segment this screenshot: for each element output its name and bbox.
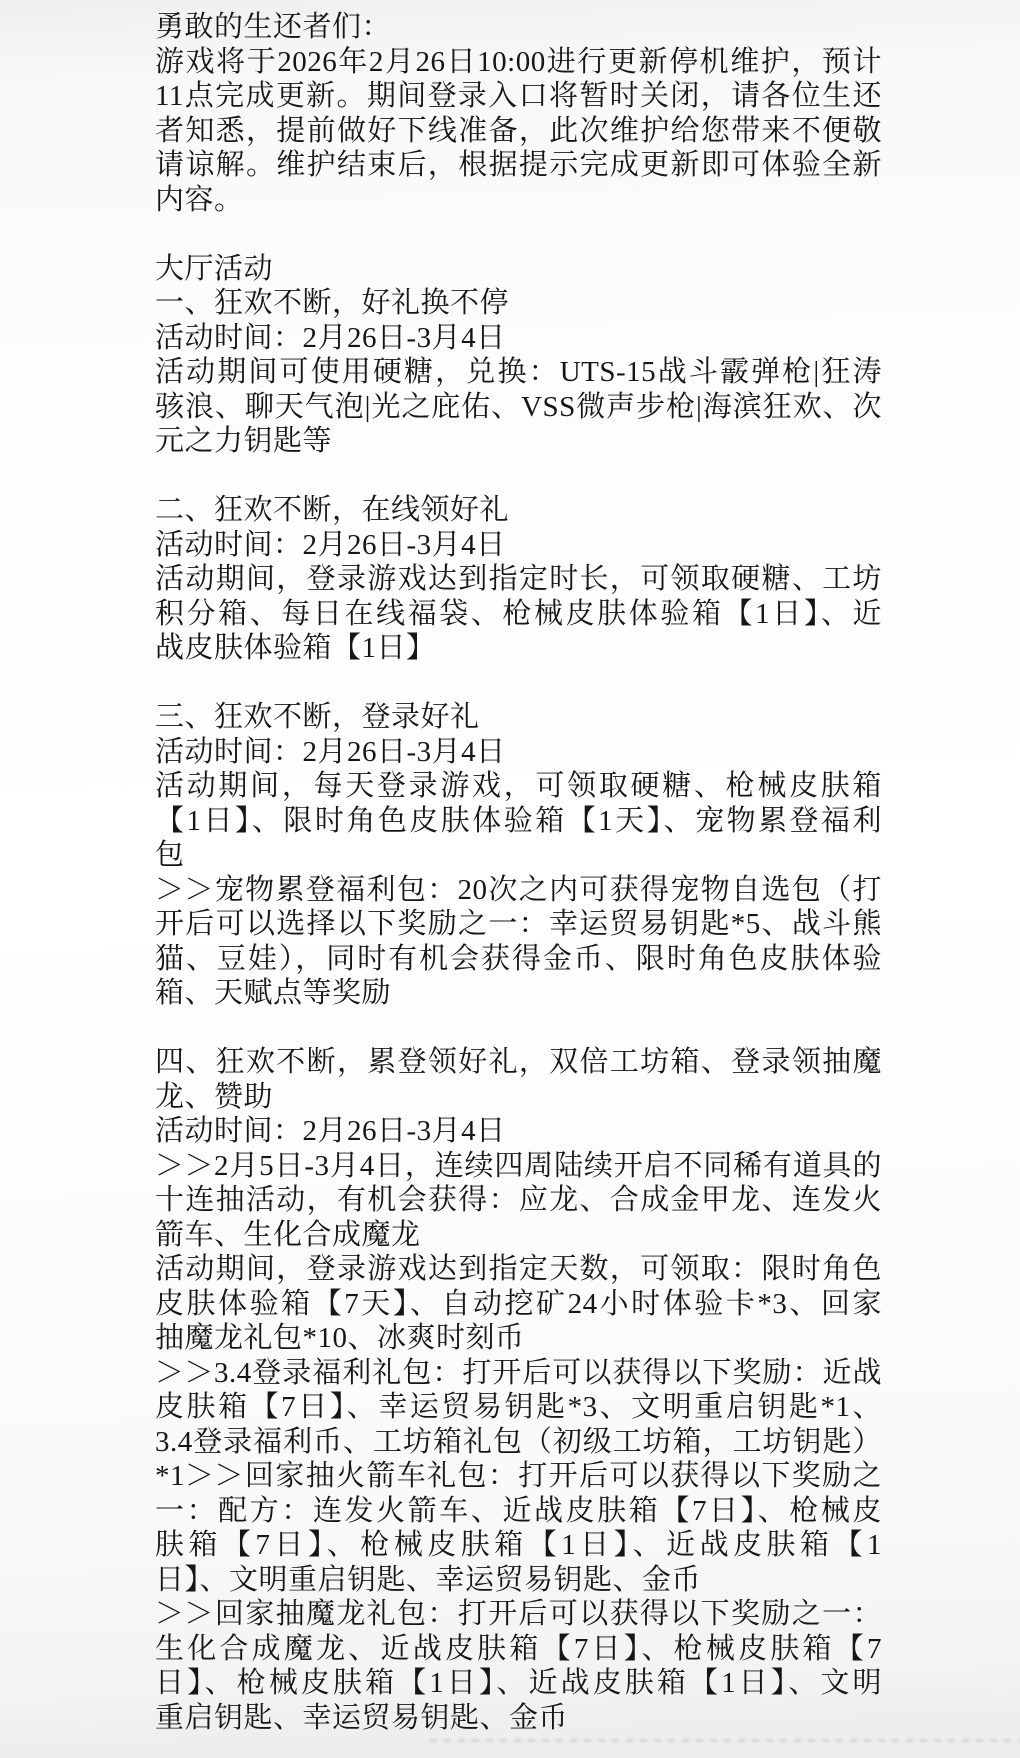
- text-line: 开后可以选择以下奖励之一：幸运贸易钥匙*5、战斗熊: [155, 907, 882, 942]
- bottom-edge-artifact: [430, 1739, 1020, 1742]
- text-line: 者知悉，提前做好下线准备，此次维护给您带来不便敬: [155, 114, 882, 149]
- text-line: 包: [155, 838, 882, 873]
- text-line: 三、狂欢不断，登录好礼: [155, 700, 882, 735]
- text-line: 生化合成魔龙、近战皮肤箱【7日】、枪械皮肤箱【7: [155, 1632, 882, 1667]
- text-line: 日】、文明重启钥匙、幸运贸易钥匙、金币: [155, 1563, 882, 1598]
- text-line: *1＞＞回家抽火箭车礼包：打开后可以获得以下奖励之: [155, 1459, 882, 1494]
- text-line: 勇敢的生还者们：: [155, 10, 882, 45]
- text-line: 骇浪、聊天气泡|光之庇佑、VSS微声步枪|海滨狂欢、次: [155, 390, 882, 425]
- text-line: ＞＞2月5日-3月4日，连续四周陆续开启不同稀有道具的: [155, 1149, 882, 1184]
- text-line: ＞＞回家抽魔龙礼包：打开后可以获得以下奖励之一：: [155, 1597, 882, 1632]
- text-line: 重启钥匙、幸运贸易钥匙、金币: [155, 1701, 882, 1736]
- maintenance-notice: 勇敢的生还者们：游戏将于2026年2月26日10:00进行更新停机维护，预计11…: [155, 10, 882, 217]
- text-line: 箭车、生化合成魔龙: [155, 1218, 882, 1253]
- activity-2-online-rewards: 二、狂欢不断，在线领好礼活动时间：2月26日-3月4日活动期间，登录游戏达到指定…: [155, 493, 882, 666]
- text-line: 活动期间可使用硬糖，兑换：UTS-15战斗霰弹枪|狂涛: [155, 355, 882, 390]
- text-line: 一、狂欢不断，好礼换不停: [155, 286, 882, 321]
- text-line: ＞＞3.4登录福利礼包：打开后可以获得以下奖励：近战: [155, 1356, 882, 1391]
- text-line: 积分箱、每日在线福袋、枪械皮肤体验箱【1日】、近: [155, 597, 882, 632]
- text-line: 一：配方：连发火箭车、近战皮肤箱【7日】、枪械皮: [155, 1494, 882, 1529]
- text-line: 活动时间：2月26日-3月4日: [155, 735, 882, 770]
- text-line: 请谅解。维护结束后，根据提示完成更新即可体验全新: [155, 148, 882, 183]
- text-line: 活动期间，登录游戏达到指定时长，可领取硬糖、工坊: [155, 562, 882, 597]
- text-line: 四、狂欢不断，累登领好礼，双倍工坊箱、登录领抽魔: [155, 1045, 882, 1080]
- text-line: 肤箱【7日】、枪械皮肤箱【1日】、近战皮肤箱【1: [155, 1528, 882, 1563]
- text-line: 活动时间：2月26日-3月4日: [155, 1114, 882, 1149]
- text-line: 内容。: [155, 183, 882, 218]
- text-line: 3.4登录福利币、工坊箱礼包（初级工坊箱，工坊钥匙）: [155, 1425, 882, 1460]
- text-line: 十连抽活动，有机会获得：应龙、合成金甲龙、连发火: [155, 1183, 882, 1218]
- text-line: 元之力钥匙等: [155, 424, 882, 459]
- text-line: 日】、枪械皮肤箱【1日】、近战皮肤箱【1日】、文明: [155, 1666, 882, 1701]
- text-line: 大厅活动: [155, 252, 882, 287]
- notice-document: 勇敢的生还者们：游戏将于2026年2月26日10:00进行更新停机维护，预计11…: [0, 0, 1020, 1758]
- text-line: 箱、天赋点等奖励: [155, 976, 882, 1011]
- text-line: 皮肤箱【7日】、幸运贸易钥匙*3、文明重启钥匙*1、: [155, 1390, 882, 1425]
- activity-3-login-rewards: 三、狂欢不断，登录好礼活动时间：2月26日-3月4日活动期间，每天登录游戏，可领…: [155, 700, 882, 1011]
- text-line: ＞＞宠物累登福利包：20次之内可获得宠物自选包（打: [155, 873, 882, 908]
- text-line: 活动期间，每天登录游戏，可领取硬糖、枪械皮肤箱: [155, 769, 882, 804]
- notice-body: 勇敢的生还者们：游戏将于2026年2月26日10:00进行更新停机维护，预计11…: [155, 10, 882, 1735]
- text-line: 11点完成更新。期间登录入口将暂时关闭，请各位生还: [155, 79, 882, 114]
- text-line: 活动时间：2月26日-3月4日: [155, 321, 882, 356]
- activity-4-cumulative-login: 四、狂欢不断，累登领好礼，双倍工坊箱、登录领抽魔龙、赞助活动时间：2月26日-3…: [155, 1045, 882, 1735]
- text-line: 【1日】、限时角色皮肤体验箱【1天】、宠物累登福利: [155, 804, 882, 839]
- text-line: 龙、赞助: [155, 1080, 882, 1115]
- text-line: 游戏将于2026年2月26日10:00进行更新停机维护，预计: [155, 45, 882, 80]
- text-line: 活动期间，登录游戏达到指定天数，可领取：限时角色: [155, 1252, 882, 1287]
- text-line: 抽魔龙礼包*10、冰爽时刻币: [155, 1321, 882, 1356]
- text-line: 皮肤体验箱【7天】、自动挖矿24小时体验卡*3、回家: [155, 1287, 882, 1322]
- text-line: 二、狂欢不断，在线领好礼: [155, 493, 882, 528]
- text-line: 活动时间：2月26日-3月4日: [155, 528, 882, 563]
- text-line: 猫、豆娃），同时有机会获得金币、限时角色皮肤体验: [155, 942, 882, 977]
- text-line: 战皮肤体验箱【1日】: [155, 631, 882, 666]
- activity-1-exchange: 大厅活动一、狂欢不断，好礼换不停活动时间：2月26日-3月4日活动期间可使用硬糖…: [155, 252, 882, 459]
